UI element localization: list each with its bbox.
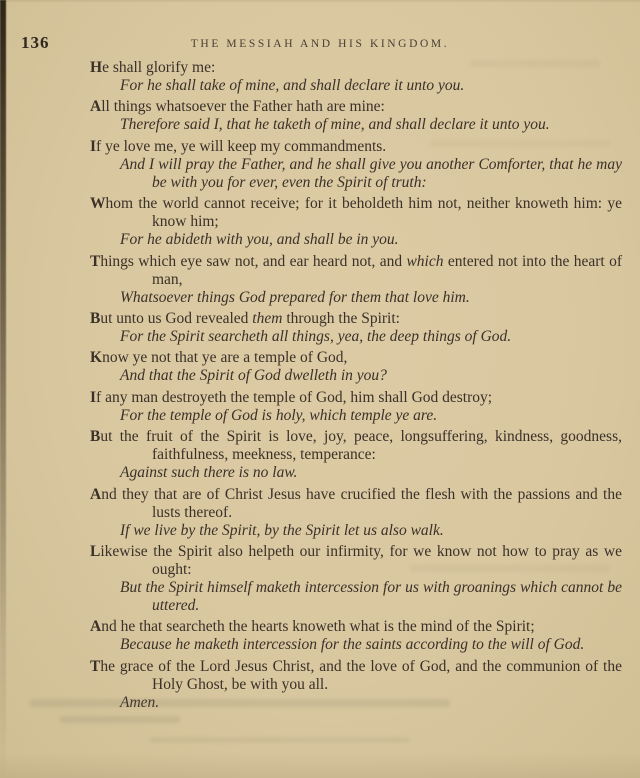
leader-line: The grace of the Lord Jesus Christ, and … — [152, 658, 622, 694]
bleed-through-artifact — [150, 737, 410, 743]
leader-line: He shall glorify me: — [152, 59, 622, 77]
response-line: Because he maketh intercession for the s… — [152, 636, 622, 654]
book-page-scan: 136 THE MESSIAH AND HIS KINGDOM. He shal… — [0, 0, 640, 778]
response-line: Therefore said I, that he taketh of mine… — [152, 116, 622, 134]
response-line: If we live by the Spirit, by the Spirit … — [152, 522, 622, 540]
leader-line: Things which eye saw not, and ear heard … — [152, 253, 622, 289]
leader-line: But the fruit of the Spirit is love, joy… — [152, 428, 622, 464]
verse-list: He shall glorify me:For he shall take of… — [90, 59, 622, 712]
page-gutter-shadow — [0, 0, 6, 778]
response-line: And that the Spirit of God dwelleth in y… — [152, 367, 622, 385]
leader-line: Know ye not that ye are a temple of God, — [152, 349, 622, 367]
response-line: For the Spirit searcheth all things, yea… — [152, 328, 622, 346]
running-title: THE MESSIAH AND HIS KINGDOM. — [0, 38, 640, 50]
bleed-through-artifact — [60, 716, 180, 723]
response-line: And I will pray the Father, and he shall… — [152, 156, 622, 192]
response-line: Against such there is no law. — [152, 464, 622, 482]
response-line: Whatsoever things God prepared for them … — [152, 289, 622, 307]
leader-line: If any man destroyeth the temple of God,… — [152, 389, 622, 407]
leader-line: Likewise the Spirit also helpeth our inf… — [152, 543, 622, 579]
leader-line: And he that searcheth the hearts knoweth… — [152, 618, 622, 636]
response-line: Amen. — [152, 694, 622, 712]
response-line: For he shall take of mine, and shall dec… — [152, 77, 622, 95]
leader-line: If ye love me, ye will keep my commandme… — [152, 138, 622, 156]
leader-line: But unto us God revealed them through th… — [152, 310, 622, 328]
leader-line: And they that are of Christ Jesus have c… — [152, 486, 622, 522]
response-line: But the Spirit himself maketh intercessi… — [152, 579, 622, 615]
leader-line: Whom the world cannot receive; for it be… — [152, 195, 622, 231]
response-line: For he abideth with you, and shall be in… — [152, 231, 622, 249]
leader-line: All things whatsoever the Father hath ar… — [152, 98, 622, 116]
response-line: For the temple of God is holy, which tem… — [152, 407, 622, 425]
